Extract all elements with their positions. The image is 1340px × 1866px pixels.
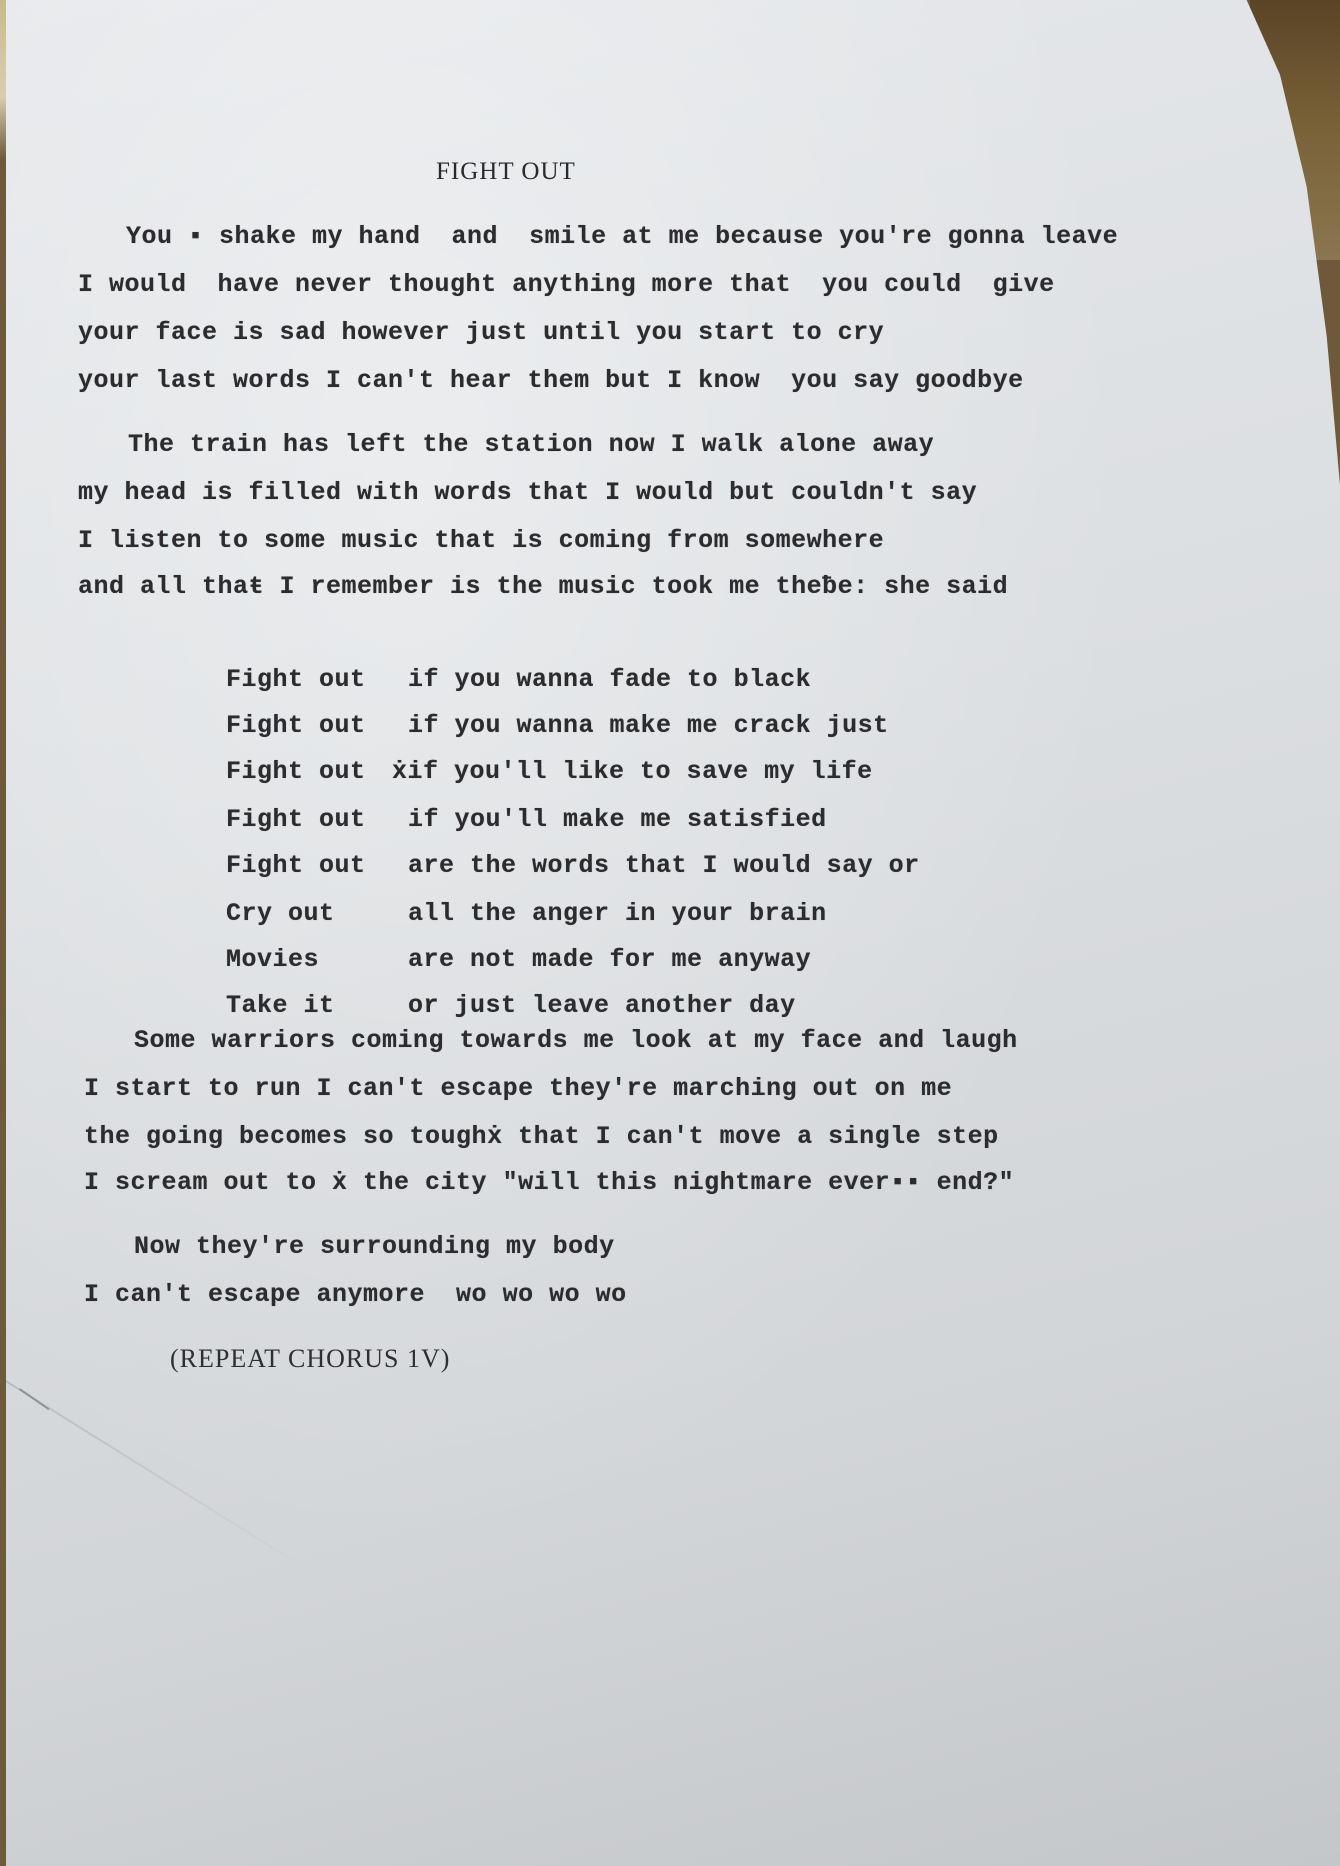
verse-3-line-3: the going becomes so toughẋ that I can't…: [84, 1122, 999, 1151]
verse-1-line-4: your last words I can't hear them but I …: [78, 366, 1024, 395]
verse-1-line-1: You ▪ shake my hand and smile at me beca…: [126, 222, 1118, 251]
verse-2-line-1: The train has left the station now I wal…: [128, 430, 934, 459]
verse-3-line-4: I scream out to ẋ the city "will this ni…: [84, 1168, 1014, 1197]
bridge-line-1: Now they're surrounding my body: [134, 1232, 615, 1261]
chorus-cue: Take it: [226, 991, 408, 1020]
song-title: FIGHT OUT: [436, 158, 576, 186]
verse-2-line-3: I listen to some music that is coming fr…: [78, 526, 884, 555]
typed-lyrics-sheet: FIGHT OUT You ▪ shake my hand and smile …: [0, 0, 1340, 1866]
verse-1-line-2: I would have never thought anything more…: [78, 270, 1055, 299]
bridge-line-2: I can't escape anymore wo wo wo wo: [84, 1280, 627, 1309]
chorus-text: or just leave another day: [408, 991, 796, 1020]
verse-2-line-2: my head is filled with words that I woul…: [78, 478, 977, 507]
verse-2-line-4: and all thaŧ I remember is the music too…: [78, 572, 1008, 601]
repeat-chorus-instruction: (REPEAT CHORUS 1V): [170, 1344, 450, 1374]
verse-1-line-3: your face is sad however just until you …: [78, 318, 884, 347]
verse-3-line-1: Some warriors coming towards me look at …: [134, 1026, 1018, 1055]
verse-3-line-2: I start to run I can't escape they're ma…: [84, 1074, 952, 1103]
